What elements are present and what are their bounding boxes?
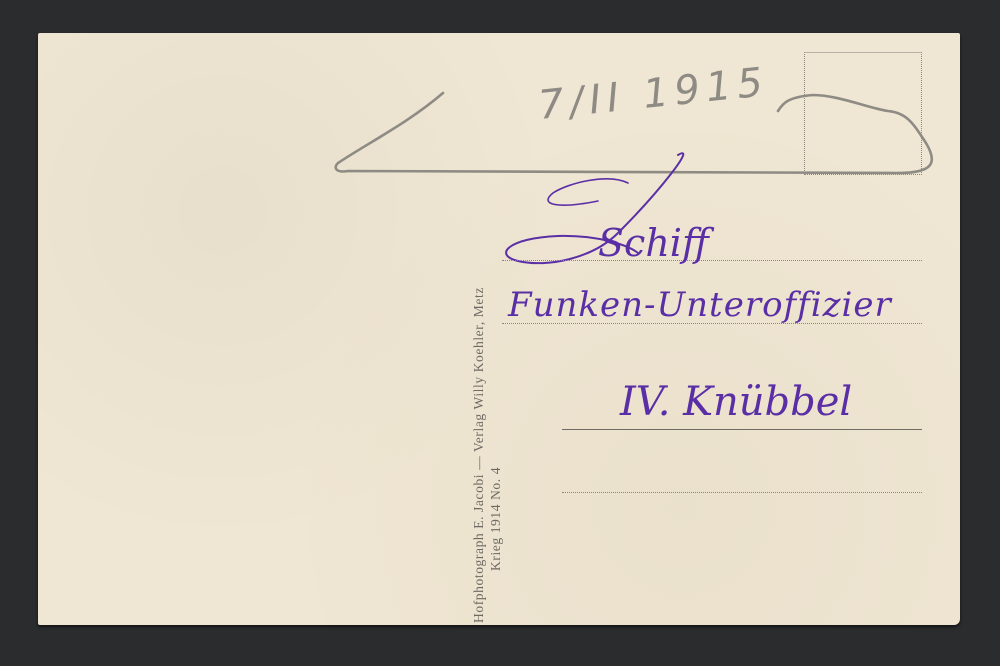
postcard-back: Hofphotograph E. Jacobi — Verlag Willy K… xyxy=(38,33,960,625)
address-rank: Funken-Unteroffizier xyxy=(508,285,892,325)
address-line-1 xyxy=(502,260,922,261)
address-line-4 xyxy=(562,492,922,493)
address-name: IV. Knübbel xyxy=(620,379,852,425)
address-line-3 xyxy=(562,429,922,430)
address-ship: Schiff xyxy=(598,221,709,265)
pencil-strokes xyxy=(38,33,960,625)
